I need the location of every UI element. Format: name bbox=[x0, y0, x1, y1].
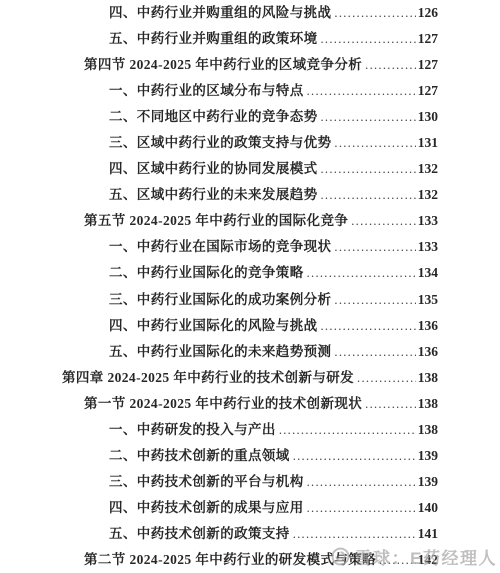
toc-page-number: 134 bbox=[418, 260, 438, 286]
toc-page: 四、中药行业并购重组的风险与挑战........................… bbox=[0, 0, 500, 573]
toc-entry: 一、中药行业在国际市场的竞争现状........................… bbox=[109, 234, 438, 260]
toc-entry-label: 二、中药行业国际化的竞争策略 bbox=[109, 260, 304, 286]
toc-leader-dots: ........................................… bbox=[334, 130, 415, 156]
toc-entry-label: 四、中药技术创新的成果与应用 bbox=[109, 495, 304, 521]
toc-page-number: 138 bbox=[418, 391, 438, 417]
toc-entry-label: 五、中药行业国际化的未来趋势预测 bbox=[109, 339, 331, 365]
toc-page-number: 140 bbox=[418, 495, 438, 521]
toc-page-number: 127 bbox=[418, 78, 438, 104]
toc-page-number: 130 bbox=[418, 104, 438, 130]
toc-entry: 一、中药研发的投入与产出............................… bbox=[109, 417, 438, 443]
toc: 四、中药行业并购重组的风险与挑战........................… bbox=[0, 0, 500, 573]
toc-entry-label: 二、不同地区中药行业的竞争态势 bbox=[109, 104, 318, 130]
toc-entry: 第四章 2024-2025 年中药行业的技术创新与研发.............… bbox=[62, 365, 438, 391]
toc-entry-label: 三、中药行业国际化的成功案例分析 bbox=[109, 287, 331, 313]
toc-entry-label: 第四章 2024-2025 年中药行业的技术创新与研发 bbox=[62, 365, 354, 391]
toc-leader-dots: ........................................… bbox=[334, 339, 415, 365]
toc-page-number: 132 bbox=[418, 182, 438, 208]
toc-leader-dots: ........................................… bbox=[293, 443, 416, 469]
toc-entry: 四、中药行业并购重组的风险与挑战........................… bbox=[109, 0, 438, 26]
toc-page-number: 141 bbox=[418, 521, 438, 547]
toc-page-number: 139 bbox=[418, 469, 438, 495]
toc-leader-dots: ........................................… bbox=[293, 521, 416, 547]
toc-entry: 五、中药行业并购重组的政策环境.........................… bbox=[109, 26, 438, 52]
toc-entry: 五、中药技术创新的政策支持...........................… bbox=[109, 521, 438, 547]
toc-entry-label: 二、中药技术创新的重点领域 bbox=[109, 443, 290, 469]
toc-page-number: 136 bbox=[418, 313, 438, 339]
toc-leader-dots: ........................................… bbox=[307, 260, 416, 286]
toc-entry: 三、中药行业国际化的成功案例分析........................… bbox=[109, 287, 438, 313]
toc-page-number: 136 bbox=[418, 339, 438, 365]
toc-entry-label: 第一节 2024-2025 年中药行业的技术创新现状 bbox=[84, 391, 362, 417]
toc-page-number: 142 bbox=[418, 547, 438, 573]
toc-leader-dots: ........................................… bbox=[321, 313, 416, 339]
toc-entry-label: 第五节 2024-2025 年中药行业的国际化竞争 bbox=[84, 208, 348, 234]
toc-leader-dots: ........................................… bbox=[334, 287, 415, 313]
toc-entry: 五、中药行业国际化的未来趋势预测........................… bbox=[109, 339, 438, 365]
toc-entry-label: 三、区域中药行业的政策支持与优势 bbox=[109, 130, 331, 156]
toc-leader-dots: ........................................… bbox=[334, 0, 415, 26]
toc-leader-dots: ........................................… bbox=[365, 52, 416, 78]
toc-page-number: 133 bbox=[418, 234, 438, 260]
toc-entry-label: 四、中药行业国际化的风险与挑战 bbox=[109, 313, 318, 339]
toc-entry-label: 一、中药行业的区域分布与特点 bbox=[109, 78, 304, 104]
toc-page-number: 127 bbox=[418, 52, 438, 78]
toc-page-number: 131 bbox=[418, 130, 438, 156]
toc-entry: 二、不同地区中药行业的竞争态势.........................… bbox=[109, 104, 438, 130]
toc-entry: 第二节 2024-2025 年中药行业的研发模式与策略.............… bbox=[84, 547, 438, 573]
toc-entry: 四、区域中药行业的协同发展模式.........................… bbox=[109, 156, 438, 182]
toc-leader-dots: ........................................… bbox=[307, 78, 416, 104]
toc-entry: 二、中药技术创新的重点领域...........................… bbox=[109, 443, 438, 469]
toc-entry-label: 五、中药技术创新的政策支持 bbox=[109, 521, 290, 547]
toc-page-number: 139 bbox=[418, 443, 438, 469]
toc-entry: 第五节 2024-2025 年中药行业的国际化竞争...............… bbox=[84, 208, 438, 234]
toc-leader-dots: ........................................… bbox=[365, 391, 416, 417]
toc-entry-label: 第四节 2024-2025 年中药行业的区域竞争分析 bbox=[84, 52, 362, 78]
toc-page-number: 133 bbox=[418, 208, 438, 234]
toc-entry: 第一节 2024-2025 年中药行业的技术创新现状..............… bbox=[84, 391, 438, 417]
toc-entry: 二、中药行业国际化的竞争策略..........................… bbox=[109, 260, 438, 286]
toc-page-number: 132 bbox=[418, 156, 438, 182]
toc-entry: 三、中药技术创新的平台与机构..........................… bbox=[109, 469, 438, 495]
toc-leader-dots: ........................................… bbox=[321, 182, 416, 208]
toc-entry: 三、区域中药行业的政策支持与优势........................… bbox=[109, 130, 438, 156]
toc-leader-dots: ........................................… bbox=[307, 469, 416, 495]
toc-entry-label: 四、中药行业并购重组的风险与挑战 bbox=[109, 0, 331, 26]
toc-leader-dots: ........................................… bbox=[357, 365, 416, 391]
toc-leader-dots: ........................................… bbox=[307, 495, 416, 521]
toc-leader-dots: ........................................… bbox=[334, 234, 415, 260]
toc-entry: 一、中药行业的区域分布与特点..........................… bbox=[109, 78, 438, 104]
toc-entry-label: 五、中药行业并购重组的政策环境 bbox=[109, 26, 318, 52]
toc-entry: 四、中药技术创新的成果与应用..........................… bbox=[109, 495, 438, 521]
toc-leader-dots: ........................................… bbox=[321, 156, 416, 182]
toc-leader-dots: ........................................… bbox=[379, 547, 416, 573]
toc-page-number: 126 bbox=[418, 0, 438, 26]
toc-leader-dots: ........................................… bbox=[351, 208, 416, 234]
toc-entry: 第四节 2024-2025 年中药行业的区域竞争分析..............… bbox=[84, 52, 438, 78]
toc-leader-dots: ........................................… bbox=[279, 417, 416, 443]
toc-entry-label: 一、中药研发的投入与产出 bbox=[109, 417, 276, 443]
toc-leader-dots: ........................................… bbox=[321, 104, 416, 130]
toc-page-number: 138 bbox=[418, 365, 438, 391]
toc-page-number: 135 bbox=[418, 287, 438, 313]
toc-entry: 五、区域中药行业的未来发展趋势.........................… bbox=[109, 182, 438, 208]
toc-page-number: 127 bbox=[418, 26, 438, 52]
toc-leader-dots: ........................................… bbox=[321, 26, 416, 52]
toc-entry-label: 三、中药技术创新的平台与机构 bbox=[109, 469, 304, 495]
toc-page-number: 138 bbox=[418, 417, 438, 443]
toc-entry-label: 五、区域中药行业的未来发展趋势 bbox=[109, 182, 318, 208]
toc-entry-label: 一、中药行业在国际市场的竞争现状 bbox=[109, 234, 331, 260]
toc-entry-label: 四、区域中药行业的协同发展模式 bbox=[109, 156, 318, 182]
toc-entry-label: 第二节 2024-2025 年中药行业的研发模式与策略 bbox=[84, 547, 376, 573]
toc-entry: 四、中药行业国际化的风险与挑战.........................… bbox=[109, 313, 438, 339]
